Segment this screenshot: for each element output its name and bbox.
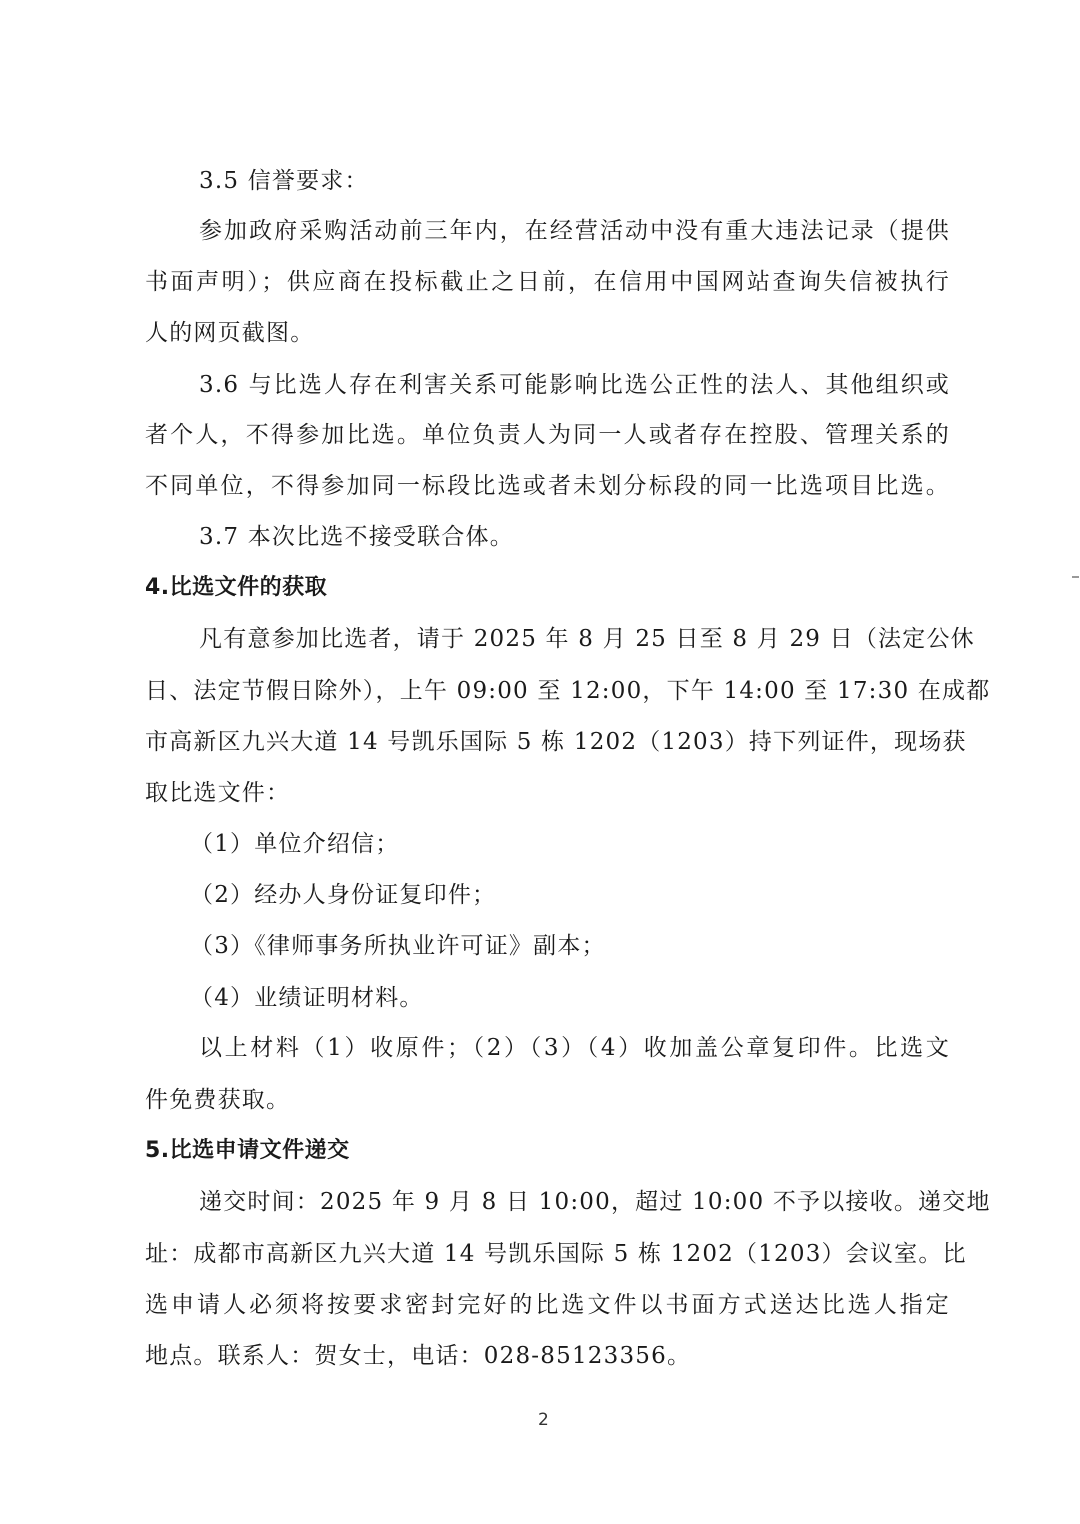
section-3-6-line-3: 不同单位，不得参加同一标段比选或者未划分标段的同一比选项目比选。 <box>145 471 950 501</box>
required-document-item-1: （1）单位介绍信； <box>190 829 995 859</box>
scan-artifact-mark <box>1072 576 1079 578</box>
section-3-5-title: 3.5 信誉要求： <box>199 166 1004 196</box>
page-number: 2 <box>538 1410 549 1430</box>
section-5-heading: 5.比选申请文件递交 <box>145 1136 950 1166</box>
required-document-item-2: （2）经办人身份证复印件； <box>190 880 995 910</box>
required-document-item-3: （3）《律师事务所执业许可证》副本； <box>190 931 995 961</box>
section-4-intro-line-1: 凡有意参加比选者，请于 2025 年 8 月 25 日至 8 月 29 日（法定… <box>199 624 950 654</box>
section-3-6-line-2: 者个人，不得参加比选。单位负责人为同一人或者存在控股、管理关系的 <box>145 420 950 450</box>
document-page: 3.5 信誉要求： 参加政府采购活动前三年内，在经营活动中没有重大违法记录（提供… <box>0 0 1080 1524</box>
required-document-item-4: （4）业绩证明材料。 <box>190 983 995 1013</box>
section-4-intro-line-3: 市高新区九兴大道 14 号凯乐国际 5 栋 1202（1203）持下列证件，现场… <box>145 727 950 757</box>
section-4-intro-line-2: 日、法定节假日除外），上午 09:00 至 12:00，下午 14:00 至 1… <box>145 676 950 706</box>
section-4-intro-line-4: 取比选文件： <box>145 778 950 808</box>
section-3-5-line-2: 书面声明）；供应商在投标截止之日前，在信用中国网站查询失信被执行 <box>145 267 950 297</box>
section-4-note-line-2: 件免费获取。 <box>145 1085 950 1115</box>
section-5-line-1: 递交时间：2025 年 9 月 8 日 10:00，超过 10:00 不予以接收… <box>199 1187 950 1217</box>
section-5-line-4: 地点。联系人：贺女士，电话：028-85123356。 <box>145 1341 950 1371</box>
section-4-note-line-1: 以上材料（1）收原件；（2）（3）（4）收加盖公章复印件。比选文 <box>199 1033 950 1063</box>
section-3-7-text: 3.7 本次比选不接受联合体。 <box>199 522 1004 552</box>
section-3-6-line-1: 3.6 与比选人存在利害关系可能影响比选公正性的法人、其他组织或 <box>199 370 950 400</box>
section-3-5-line-1: 参加政府采购活动前三年内，在经营活动中没有重大违法记录（提供 <box>199 216 950 246</box>
section-3-5-line-3: 人的网页截图。 <box>145 318 950 348</box>
section-5-line-3: 选申请人必须将按要求密封完好的比选文件以书面方式送达比选人指定 <box>145 1290 950 1320</box>
section-4-heading: 4.比选文件的获取 <box>145 573 950 603</box>
section-5-line-2: 址：成都市高新区九兴大道 14 号凯乐国际 5 栋 1202（1203）会议室。… <box>145 1239 950 1269</box>
